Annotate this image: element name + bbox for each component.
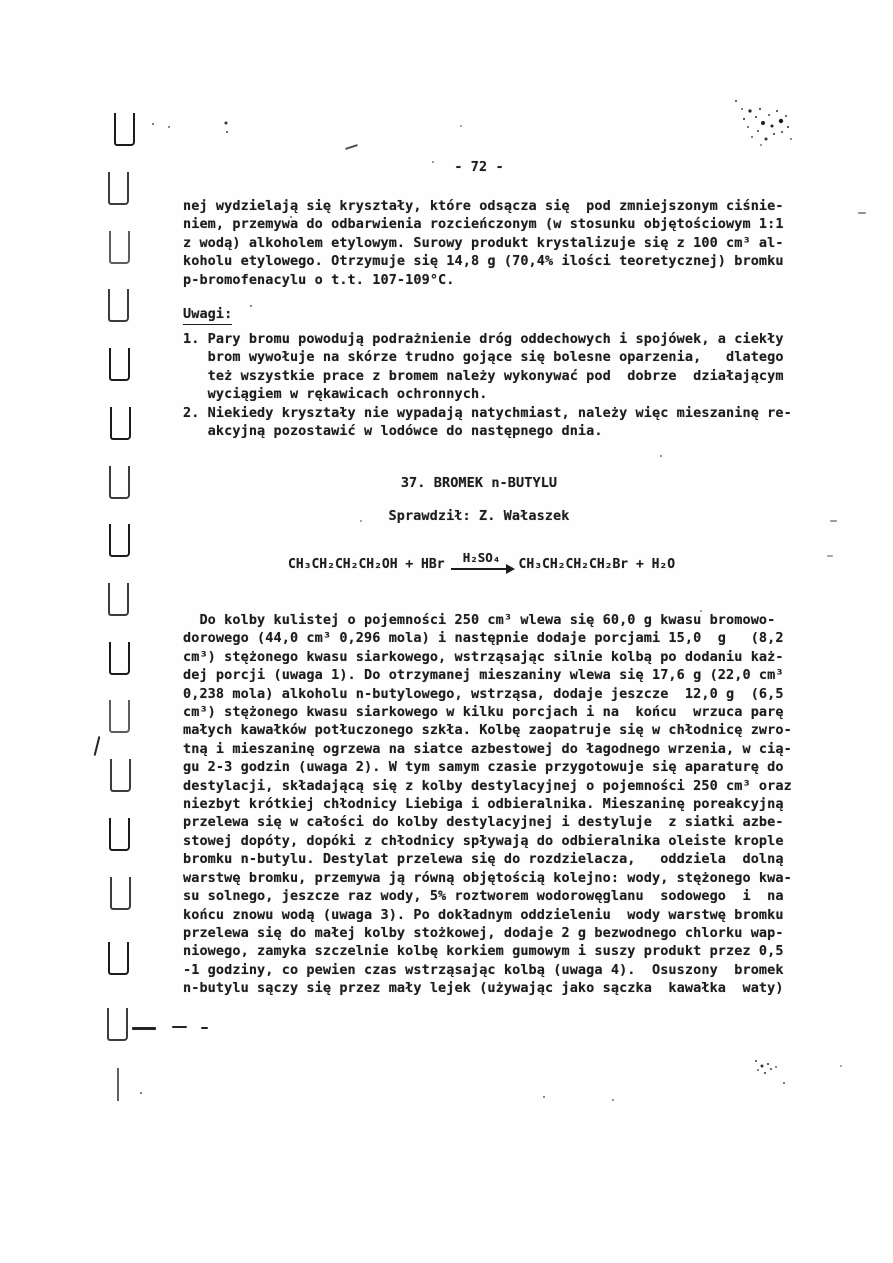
intro-paragraph: nej wydzielają się kryształy, które odsą… [183, 197, 784, 289]
scan-dash [345, 144, 358, 150]
note-line: brom wywołuje na skórze trudno gojące si… [183, 348, 792, 366]
scan-dash [827, 555, 833, 557]
scan-dash [201, 1027, 208, 1029]
binding-hole-mark [110, 877, 131, 910]
text-line: 0,238 mola) alkoholu n-butylowego, wstrz… [183, 685, 792, 703]
binding-hole-mark [109, 642, 130, 675]
text-line: cm³) stężonego kwasu siarkowego, wstrząs… [183, 648, 792, 666]
text-line: nej wydzielają się kryształy, które odsą… [183, 197, 784, 215]
binding-hole-mark [108, 583, 129, 616]
binding-hole-mark [114, 113, 135, 146]
procedure-paragraph: Do kolby kulistej o pojemności 250 cm³ w… [183, 611, 792, 998]
binding-hole-mark [108, 172, 129, 205]
scan-dash [132, 1027, 156, 1030]
reaction-arrow-block: H₂SO₄ [451, 550, 513, 574]
binding-hole-mark [110, 759, 131, 792]
text-line: z wodą) alkoholem etylowym. Surowy produ… [183, 234, 784, 252]
chemical-equation: CH₃CH₂CH₂CH₂OH + HBr H₂SO₄ CH₃CH₂CH₂CH₂B… [288, 550, 675, 574]
noise-speckle-cluster [755, 1060, 757, 1062]
scan-dash [858, 212, 866, 214]
text-line: dorowego (44,0 cm³ 0,296 mola) i następn… [183, 629, 792, 647]
text-line: tną i mieszaninę ogrzewa na siatce azbes… [183, 740, 792, 758]
text-line: niem, przemywa do odbarwienia rozcieńczo… [183, 215, 784, 233]
note-line: wyciągiem w rękawicach ochronnych. [183, 385, 792, 403]
note-item: 1. Pary bromu powodują podrażnienie dróg… [183, 330, 792, 404]
text-line: cm³) stężonego kwasu siarkowego w kilku … [183, 703, 792, 721]
note-line: akcyjną pozostawić w lodówce do następne… [183, 422, 792, 440]
text-line: su solnego, jeszcze raz wody, 5% roztwor… [183, 887, 792, 905]
equation-catalyst: H₂SO₄ [463, 550, 501, 565]
binding-hole-mark [117, 1068, 119, 1101]
notes-title: Uwagi: [183, 305, 232, 325]
text-line: przelewa się do małej kolby stożkowej, d… [183, 924, 792, 942]
binding-hole-mark [108, 289, 129, 322]
text-line: p-bromofenacylu o t.t. 107-109°C. [183, 271, 784, 289]
page-number-wrap: - 72 - [183, 156, 775, 176]
binding-hole-mark [109, 466, 130, 499]
text-line: małych kawałków potłuczonego szkła. Kolb… [183, 721, 792, 739]
scan-dash [830, 520, 837, 522]
text-line: -1 godziny, co pewien czas wstrząsając k… [183, 961, 792, 979]
page-number: - 72 - [454, 159, 503, 175]
note-line: też wszystkie prace z bromem należy wyko… [183, 367, 792, 385]
binding-hole-mark [109, 524, 130, 557]
noise-speckle-cluster [735, 100, 737, 102]
binding-hole-mark [107, 1008, 128, 1041]
text-line: przelewa się w całości do kolby destylac… [183, 813, 792, 831]
note-item: 2. Niekiedy kryształy nie wypadają natyc… [183, 404, 792, 441]
section-heading: 37. BROMEK n-BUTYLU [401, 475, 557, 491]
reviewer-line: Sprawdził: Z. Wałaszek [388, 508, 569, 524]
scan-dash [94, 736, 101, 756]
equation-right: CH₃CH₂CH₂CH₂Br + H₂O [519, 556, 676, 574]
reviewer-wrap: Sprawdził: Z. Wałaszek [183, 505, 775, 525]
binding-hole-mark [109, 348, 130, 381]
binding-hole-mark [109, 700, 130, 733]
text-line: niowego, zamyka szczelnie kolbę korkiem … [183, 942, 792, 960]
note-line: 2. Niekiedy kryształy nie wypadają natyc… [183, 404, 792, 422]
text-line: stowej dopóty, dopóki z chłodnicy spływa… [183, 832, 792, 850]
text-line: gu 2-3 godzin (uwaga 2). W tym samym cza… [183, 758, 792, 776]
text-line: n-butylu sączy się przez mały lejek (uży… [183, 979, 792, 997]
text-line: warstwę bromku, przemywa ją równą objęto… [183, 869, 792, 887]
text-line: Do kolby kulistej o pojemności 250 cm³ w… [183, 611, 792, 629]
notes-title-wrap: Uwagi: [183, 303, 232, 325]
noise-speckles [0, 0, 2, 2]
binding-hole-mark [108, 942, 129, 975]
scanned-document-page: - 72 - nej wydzielają się kryształy, któ… [0, 0, 893, 1263]
text-line: bromku n-butylu. Destylat przelewa się d… [183, 850, 792, 868]
equation-left: CH₃CH₂CH₂CH₂OH + HBr [288, 556, 445, 574]
binding-hole-mark [110, 407, 131, 440]
text-line: końcu znowu wodą (uwaga 3). Po dokładnym… [183, 906, 792, 924]
text-line: dej porcji (uwaga 1). Do otrzymanej mies… [183, 666, 792, 684]
text-line: koholu etylowego. Otrzymuje się 14,8 g (… [183, 252, 784, 270]
text-line: destylacji, składającą się z kolby desty… [183, 777, 792, 795]
reaction-arrow-icon [451, 568, 513, 570]
text-line: niezbyt krótkiej chłodnicy Liebiga i odb… [183, 795, 792, 813]
section-heading-wrap: 37. BROMEK n-BUTYLU [183, 472, 775, 492]
note-line: 1. Pary bromu powodują podrażnienie dróg… [183, 330, 792, 348]
scan-dash [172, 1026, 187, 1028]
binding-hole-mark [109, 231, 130, 264]
notes-list: 1. Pary bromu powodują podrażnienie dróg… [183, 330, 792, 440]
binding-hole-mark [109, 818, 130, 851]
